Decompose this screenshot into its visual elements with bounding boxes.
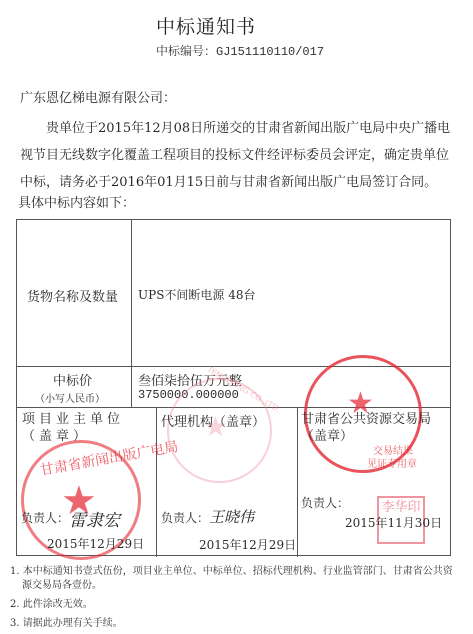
intro-line: 具体中标内容如下：: [18, 192, 135, 211]
note-2: 2. 此件涂改无效。: [10, 598, 453, 612]
letter-body-text: 贵单位于2015年12月08日所递交的甘肃省新闻出版广电局中央广播电视节目无线数…: [20, 121, 450, 190]
owner-label: 项目业主单位（盖章）: [22, 411, 152, 445]
price-label: 中标价: [53, 370, 92, 389]
owner-signature: 雷隶宏: [69, 506, 120, 531]
exchange-date: 2015年11月30日: [345, 514, 442, 531]
award-table: 货物名称及数量 UPS不间断电源 48台 中标价 （小写人民币） 叁佰柒拾伍万元…: [16, 219, 451, 556]
goods-value: UPS不间断电源 48台: [138, 286, 256, 303]
agency-date: 2015年12月29日: [199, 536, 296, 553]
goods-label: 货物名称及数量: [27, 286, 118, 305]
exchange-label: 甘肃省公共资源交易局（盖章）: [301, 411, 451, 445]
note-1-line-1: 1. 本中标通知书壹式伍份，项目业主单位、中标单位、招标代理机构、行业监管部门、…: [10, 566, 453, 577]
salutation: 广东恩亿梯电源有限公司：: [20, 87, 176, 106]
column-divider: [156, 407, 157, 557]
agency-label: 代理机构（盖章）: [161, 411, 265, 430]
letter-body: 贵单位于2015年12月08日所递交的甘肃省新闻出版广电局中央广播电视节目无线数…: [20, 115, 460, 196]
owner-person-label: 负责人：: [21, 509, 69, 526]
note-1-line-2: 源交易局各壹份。: [10, 580, 102, 591]
note-1: 1. 本中标通知书壹式伍份，项目业主单位、中标单位、招标代理机构、行业监管部门、…: [10, 565, 453, 593]
owner-date: 2015年12月29日: [47, 535, 144, 552]
exchange-person-label: 负责人：: [301, 494, 349, 511]
bid-number-label: 中标编号：: [156, 44, 216, 58]
notes: 1. 本中标通知书壹式伍份，项目业主单位、中标单位、招标代理机构、行业监管部门、…: [10, 565, 453, 634]
agency-signature: 王晓伟: [209, 506, 254, 527]
agency-person-label: 负责人：: [161, 509, 209, 526]
column-divider: [131, 220, 132, 407]
price-sublabel: （小写人民币）: [35, 390, 105, 405]
document-title: 中标通知书: [156, 12, 256, 39]
bid-number-value: GJ151110110/017: [216, 45, 324, 59]
column-divider: [297, 407, 298, 557]
exchange-stamp-subtext: 见证专用章: [367, 455, 417, 470]
note-3: 3. 请据此办理有关手续。: [10, 617, 453, 631]
bid-number: 中标编号：GJ151110110/017: [156, 42, 324, 59]
